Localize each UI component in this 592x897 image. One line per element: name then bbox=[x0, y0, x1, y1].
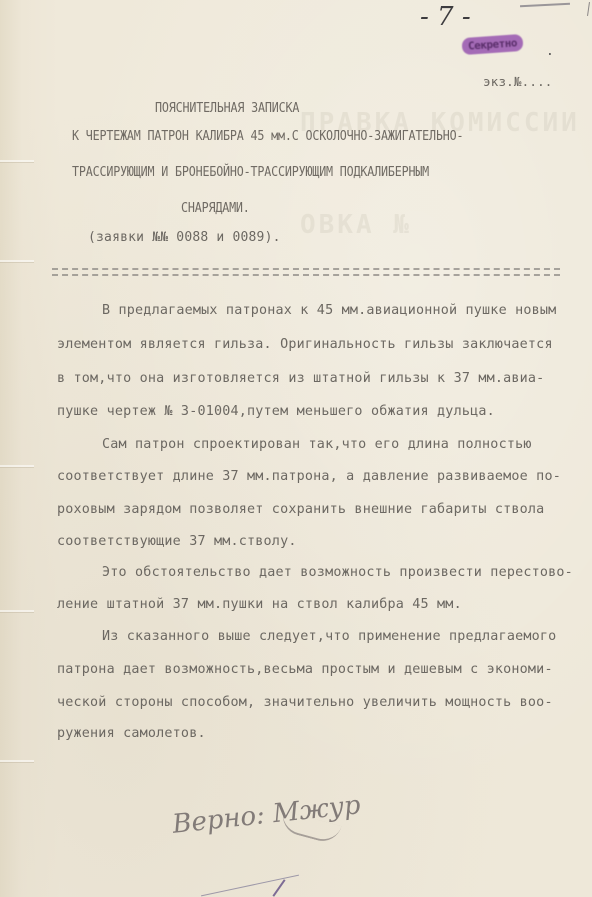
body-line: роховым зарядом позволяет сохранить внеш… bbox=[57, 502, 544, 517]
applications-reference: (заявки №№ 0088 и 0089). bbox=[88, 230, 281, 245]
title-line: ТРАССИРУЮЩИМ И БРОНЕБОЙНО-ТРАССИРУЮЩИМ П… bbox=[72, 164, 429, 180]
paper-fold bbox=[0, 260, 34, 262]
body-line: Сам патрон спроектирован так,что его дли… bbox=[102, 437, 532, 452]
paper-fold bbox=[0, 760, 34, 762]
paper-fold bbox=[0, 160, 34, 162]
pencil-mark bbox=[520, 3, 570, 8]
document-page: ПРАВКА КОМИССИИ ОВКА № - 7 - Секретно . … bbox=[0, 0, 592, 897]
body-line: элементом является гильза. Оригинальност… bbox=[57, 337, 553, 352]
body-line: В предлагаемых патронах к 45 мм.авиацион… bbox=[102, 303, 556, 318]
paper-fold bbox=[0, 465, 34, 467]
pencil-mark bbox=[272, 879, 285, 897]
pencil-mark bbox=[587, 2, 590, 16]
copy-number: экз.№.... bbox=[483, 74, 553, 89]
body-line: ружения самолетов. bbox=[57, 726, 206, 741]
body-line: ческой стороны способом, значительно уве… bbox=[57, 695, 553, 710]
body-line: Это обстоятельство дает возможность прои… bbox=[102, 565, 573, 580]
stamp-period: . bbox=[546, 44, 554, 59]
paper-fold bbox=[0, 610, 34, 612]
title-line: К ЧЕРТЕЖАМ ПАТРОН КАЛИБРА 45 мм.С ОСКОЛО… bbox=[72, 128, 463, 144]
body-line: ление штатной 37 мм.пушки на ствол калиб… bbox=[57, 597, 462, 612]
separator-line bbox=[52, 268, 560, 276]
body-line: патрона дает возможность,весьма простым … bbox=[57, 662, 553, 677]
bleed-through-text: ОВКА № bbox=[300, 210, 412, 240]
pencil-mark bbox=[201, 875, 299, 897]
body-line: пушке чертеж № 3-01004,путем меньшего об… bbox=[57, 404, 495, 419]
title-line: СНАРЯДАМИ. bbox=[181, 200, 250, 216]
classification-stamp: Секретно bbox=[461, 34, 523, 55]
document-title: ПОЯСНИТЕЛЬНАЯ ЗАПИСКА bbox=[155, 100, 299, 116]
body-line: в том,что она изготовляется из штатной г… bbox=[57, 371, 544, 386]
page-number: - 7 - bbox=[420, 2, 471, 32]
body-line: Из сказанного выше следует,что применени… bbox=[102, 629, 556, 644]
body-line: соответствует длине 37 мм.патрона, а дав… bbox=[57, 469, 561, 484]
body-line: соответствующие 37 мм.стволу. bbox=[57, 534, 297, 549]
